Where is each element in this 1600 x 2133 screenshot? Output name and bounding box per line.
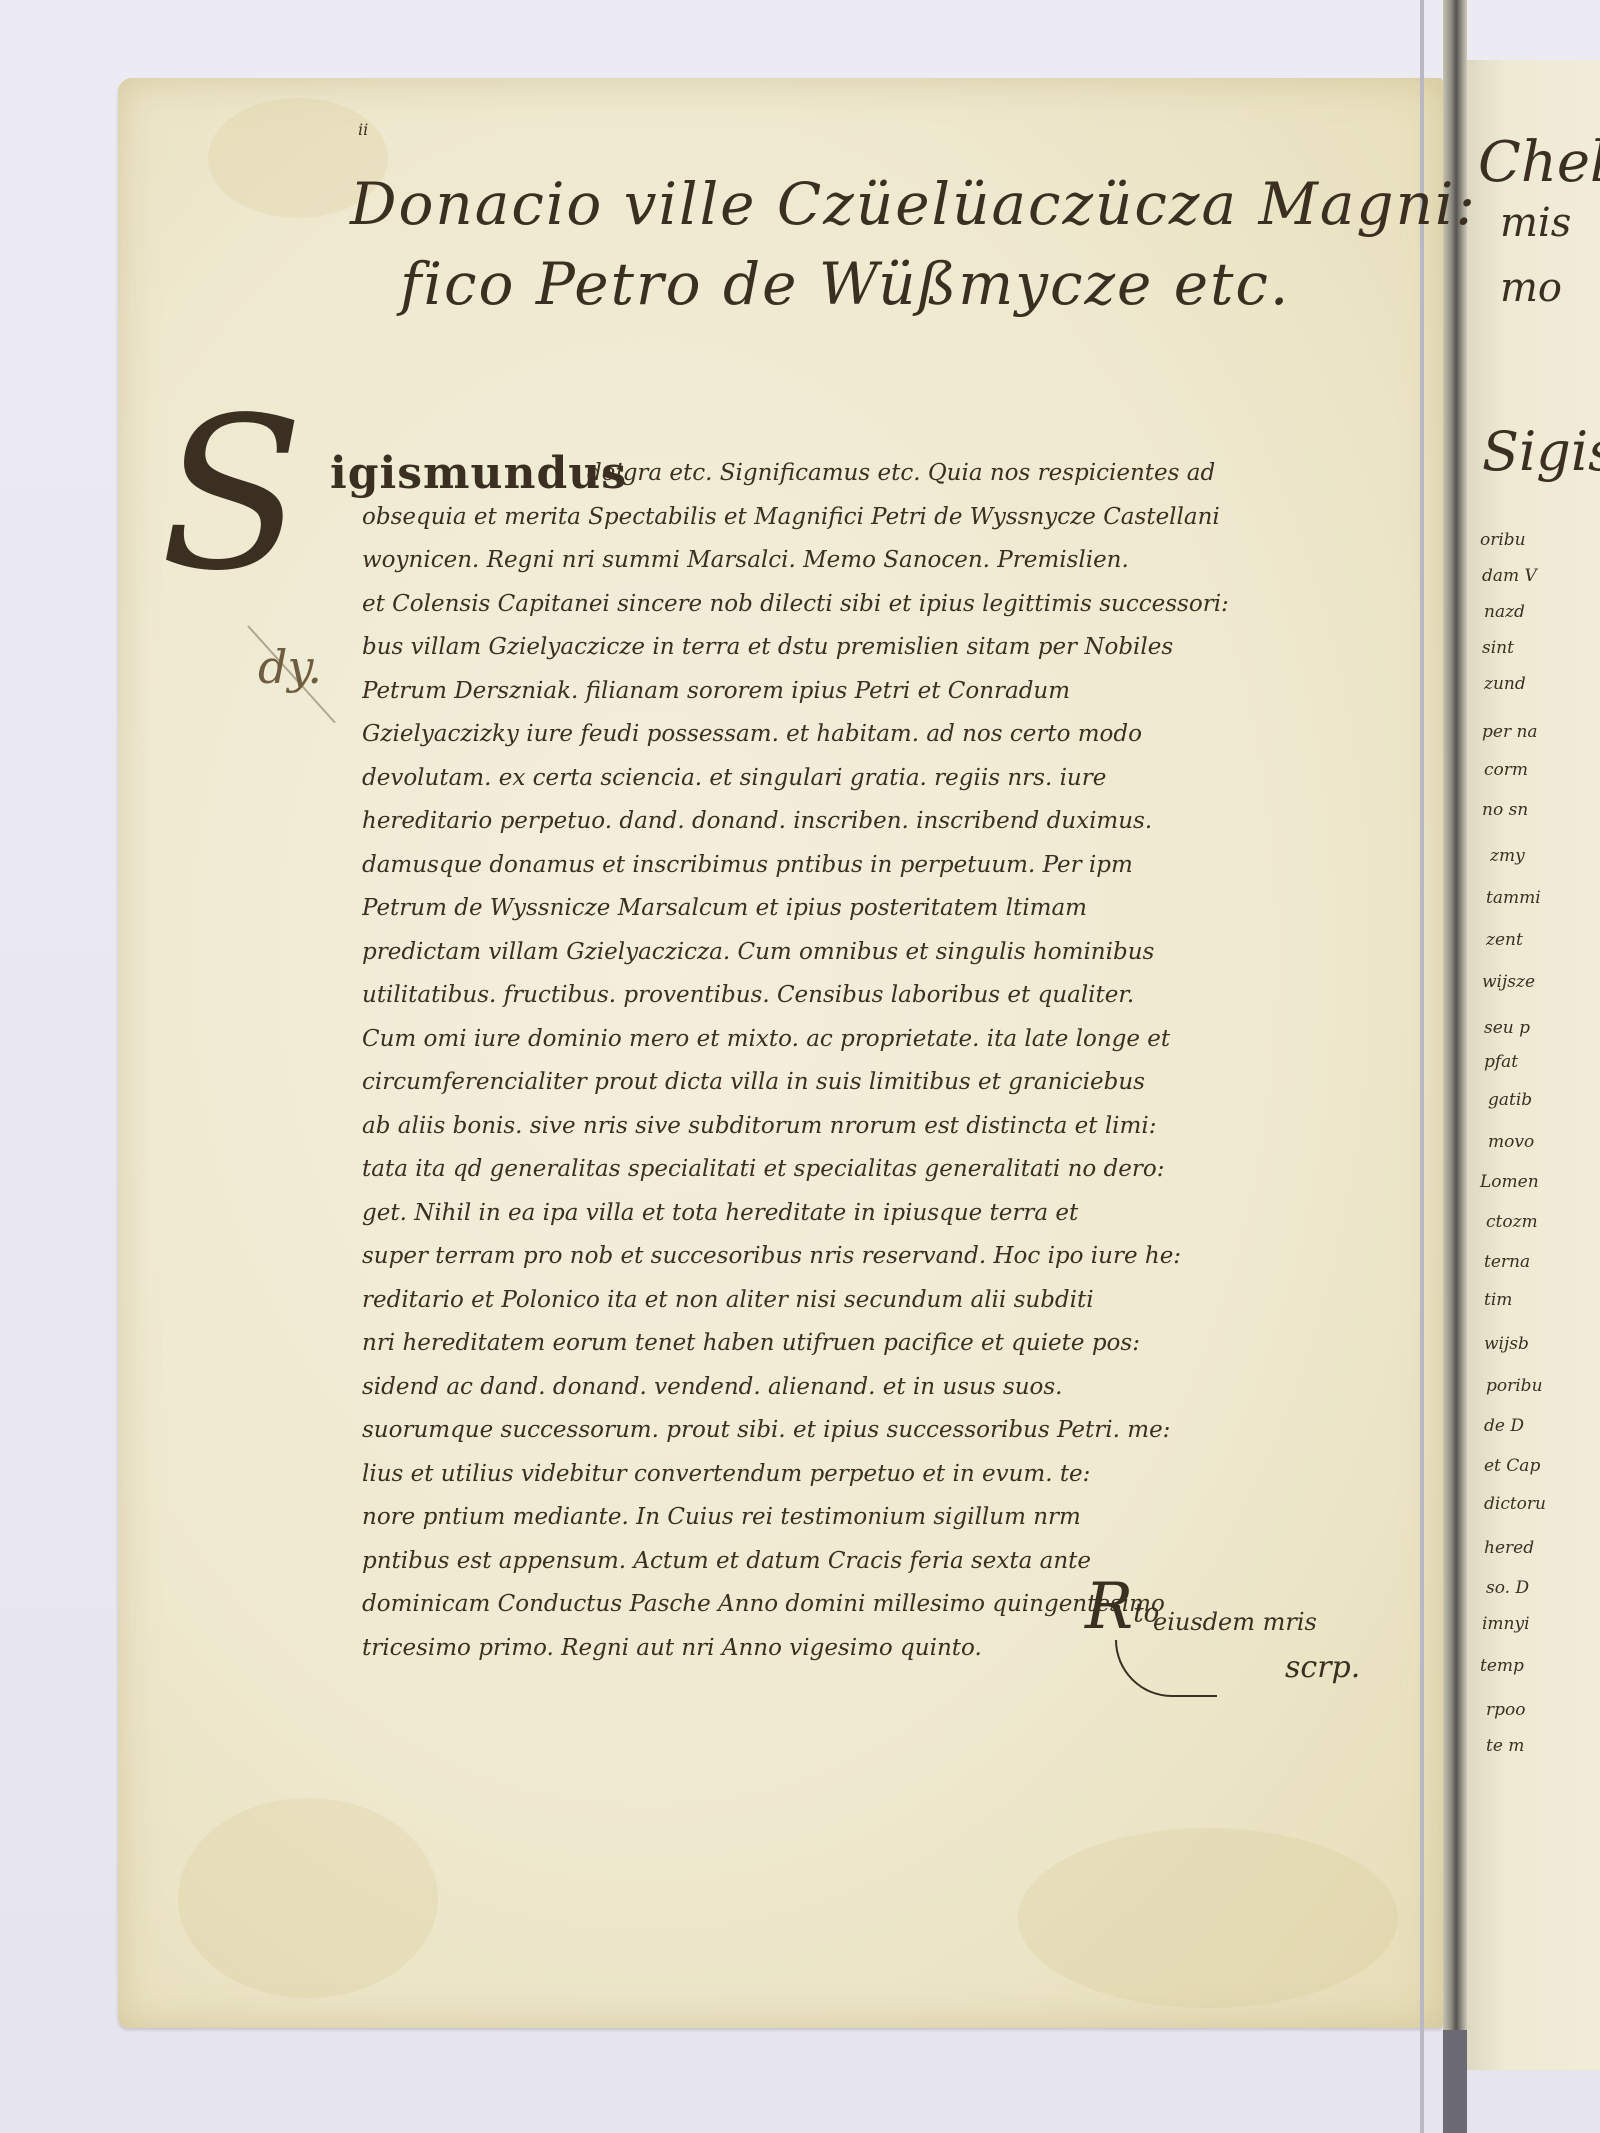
right-line: terna [1484, 1252, 1530, 1272]
right-line: wijsb [1484, 1334, 1529, 1354]
right-line: wijsze [1482, 972, 1535, 992]
body-line: Gzielyaczizky iure feudi possessam. et h… [362, 713, 1377, 757]
folio-mark: ii [358, 120, 368, 139]
water-stain [1018, 1828, 1398, 2008]
body-line: sidend ac dand. donand. vendend. alienan… [362, 1366, 1377, 1410]
body-line: damusque donamus et inscribimus pntibus … [362, 844, 1377, 888]
marginal-note: dy. [258, 640, 322, 694]
body-line: devolutam. ex certa sciencia. et singula… [362, 757, 1377, 801]
body-line: obsequia et merita Spectabilis et Magnif… [362, 496, 1377, 540]
charter-body: deigra etc. Significamus etc. Quia nos r… [362, 452, 1377, 1670]
right-line: rpoo [1486, 1700, 1525, 1720]
right-line: et Cap [1484, 1456, 1540, 1476]
water-stain [178, 1798, 438, 1998]
body-line: circumferencialiter prout dicta villa in… [362, 1061, 1377, 1105]
right-line: gatib [1488, 1090, 1532, 1110]
body-line: utilitatibus. fructibus. proventibus. Ce… [362, 974, 1377, 1018]
book-gutter [1443, 0, 1467, 2133]
right-line: so. D [1486, 1578, 1529, 1598]
subscription-mark: R [1085, 1570, 1133, 1644]
right-line: movo [1488, 1132, 1534, 1152]
body-line: deigra etc. Significamus etc. Quia nos r… [362, 452, 1377, 496]
body-line: Petrum de Wyssnicze Marsalcum et ipius p… [362, 887, 1377, 931]
body-line: bus villam Gzielyaczicze in terra et dst… [362, 626, 1377, 670]
right-line: sint [1482, 638, 1514, 658]
right-line: zent [1486, 930, 1523, 950]
body-line: hereditario perpetuo. dand. donand. insc… [362, 800, 1377, 844]
right-line: seu p [1484, 1018, 1530, 1038]
right-line: tammi [1486, 888, 1541, 908]
right-line: Lomen [1480, 1172, 1539, 1192]
body-line: get. Nihil in ea ipa villa et tota hered… [362, 1192, 1377, 1236]
subscription: Rto eiusdem mris scrp. [1085, 1570, 1159, 1644]
right-line: zund [1484, 674, 1526, 694]
subscription-line-1: eiusdem mris [1153, 1608, 1317, 1636]
right-line: zmy [1490, 846, 1525, 866]
right-line: pfat [1484, 1052, 1518, 1072]
right-line: de D [1484, 1416, 1524, 1436]
gutter-shadow [1443, 2030, 1467, 2133]
right-line: nazd [1484, 602, 1525, 622]
body-line: tata ita qd generalitas specialitati et … [362, 1148, 1377, 1192]
right-heading-line: mo [1500, 265, 1562, 311]
body-line: predictam villam Gzielyaczicza. Cum omni… [362, 931, 1377, 975]
subscription-line-2: scrp. [1285, 1650, 1360, 1685]
right-line: corm [1484, 760, 1528, 780]
body-line: Cum omi iure dominio mero et mixto. ac p… [362, 1018, 1377, 1062]
right-initial: Sigis [1482, 420, 1600, 483]
body-line: Petrum Derszniak. filianam sororem ipius… [362, 670, 1377, 714]
body-line: nri hereditatem eorum tenet haben utifru… [362, 1322, 1377, 1366]
right-heading-line: mis [1500, 200, 1571, 246]
body-line: lius et utilius videbitur convertendum p… [362, 1453, 1377, 1497]
body-line: pntibus est appensum. Actum et datum Cra… [362, 1540, 1377, 1584]
body-line: ab aliis bonis. sive nris sive subditoru… [362, 1105, 1377, 1149]
body-line: reditario et Polonico ita et non aliter … [362, 1279, 1377, 1323]
body-line: suorumque successorum. prout sibi. et ip… [362, 1409, 1377, 1453]
body-line: woynicen. Regni nri summi Marsalci. Memo… [362, 539, 1377, 583]
right-heading-line: Chelo [1478, 130, 1600, 195]
heading-line-2: fico Petro de Wüßmycze etc. [400, 250, 1290, 318]
heading-line-1: Donacio ville Czüelüaczücza Magni: [350, 170, 1477, 238]
body-line: et Colensis Capitanei sincere nob dilect… [362, 583, 1377, 627]
right-line: per na [1482, 722, 1538, 742]
right-line: temp [1480, 1656, 1524, 1676]
right-line: oribu [1480, 530, 1526, 550]
right-line: poribu [1486, 1376, 1543, 1396]
body-line: super terram pro nob et succesoribus nri… [362, 1235, 1377, 1279]
right-line: dictoru [1484, 1494, 1546, 1514]
right-line: tim [1484, 1290, 1512, 1310]
right-line: dam V [1482, 566, 1537, 586]
body-line: nore pntium mediante. In Cuius rei testi… [362, 1496, 1377, 1540]
right-line: ctozm [1486, 1212, 1538, 1232]
right-line: imnyi [1482, 1614, 1530, 1634]
right-line: hered [1484, 1538, 1534, 1558]
decorated-initial: S [160, 390, 304, 600]
page-edge [1420, 0, 1424, 2133]
right-line: te m [1486, 1736, 1524, 1756]
right-line: no sn [1482, 800, 1528, 820]
